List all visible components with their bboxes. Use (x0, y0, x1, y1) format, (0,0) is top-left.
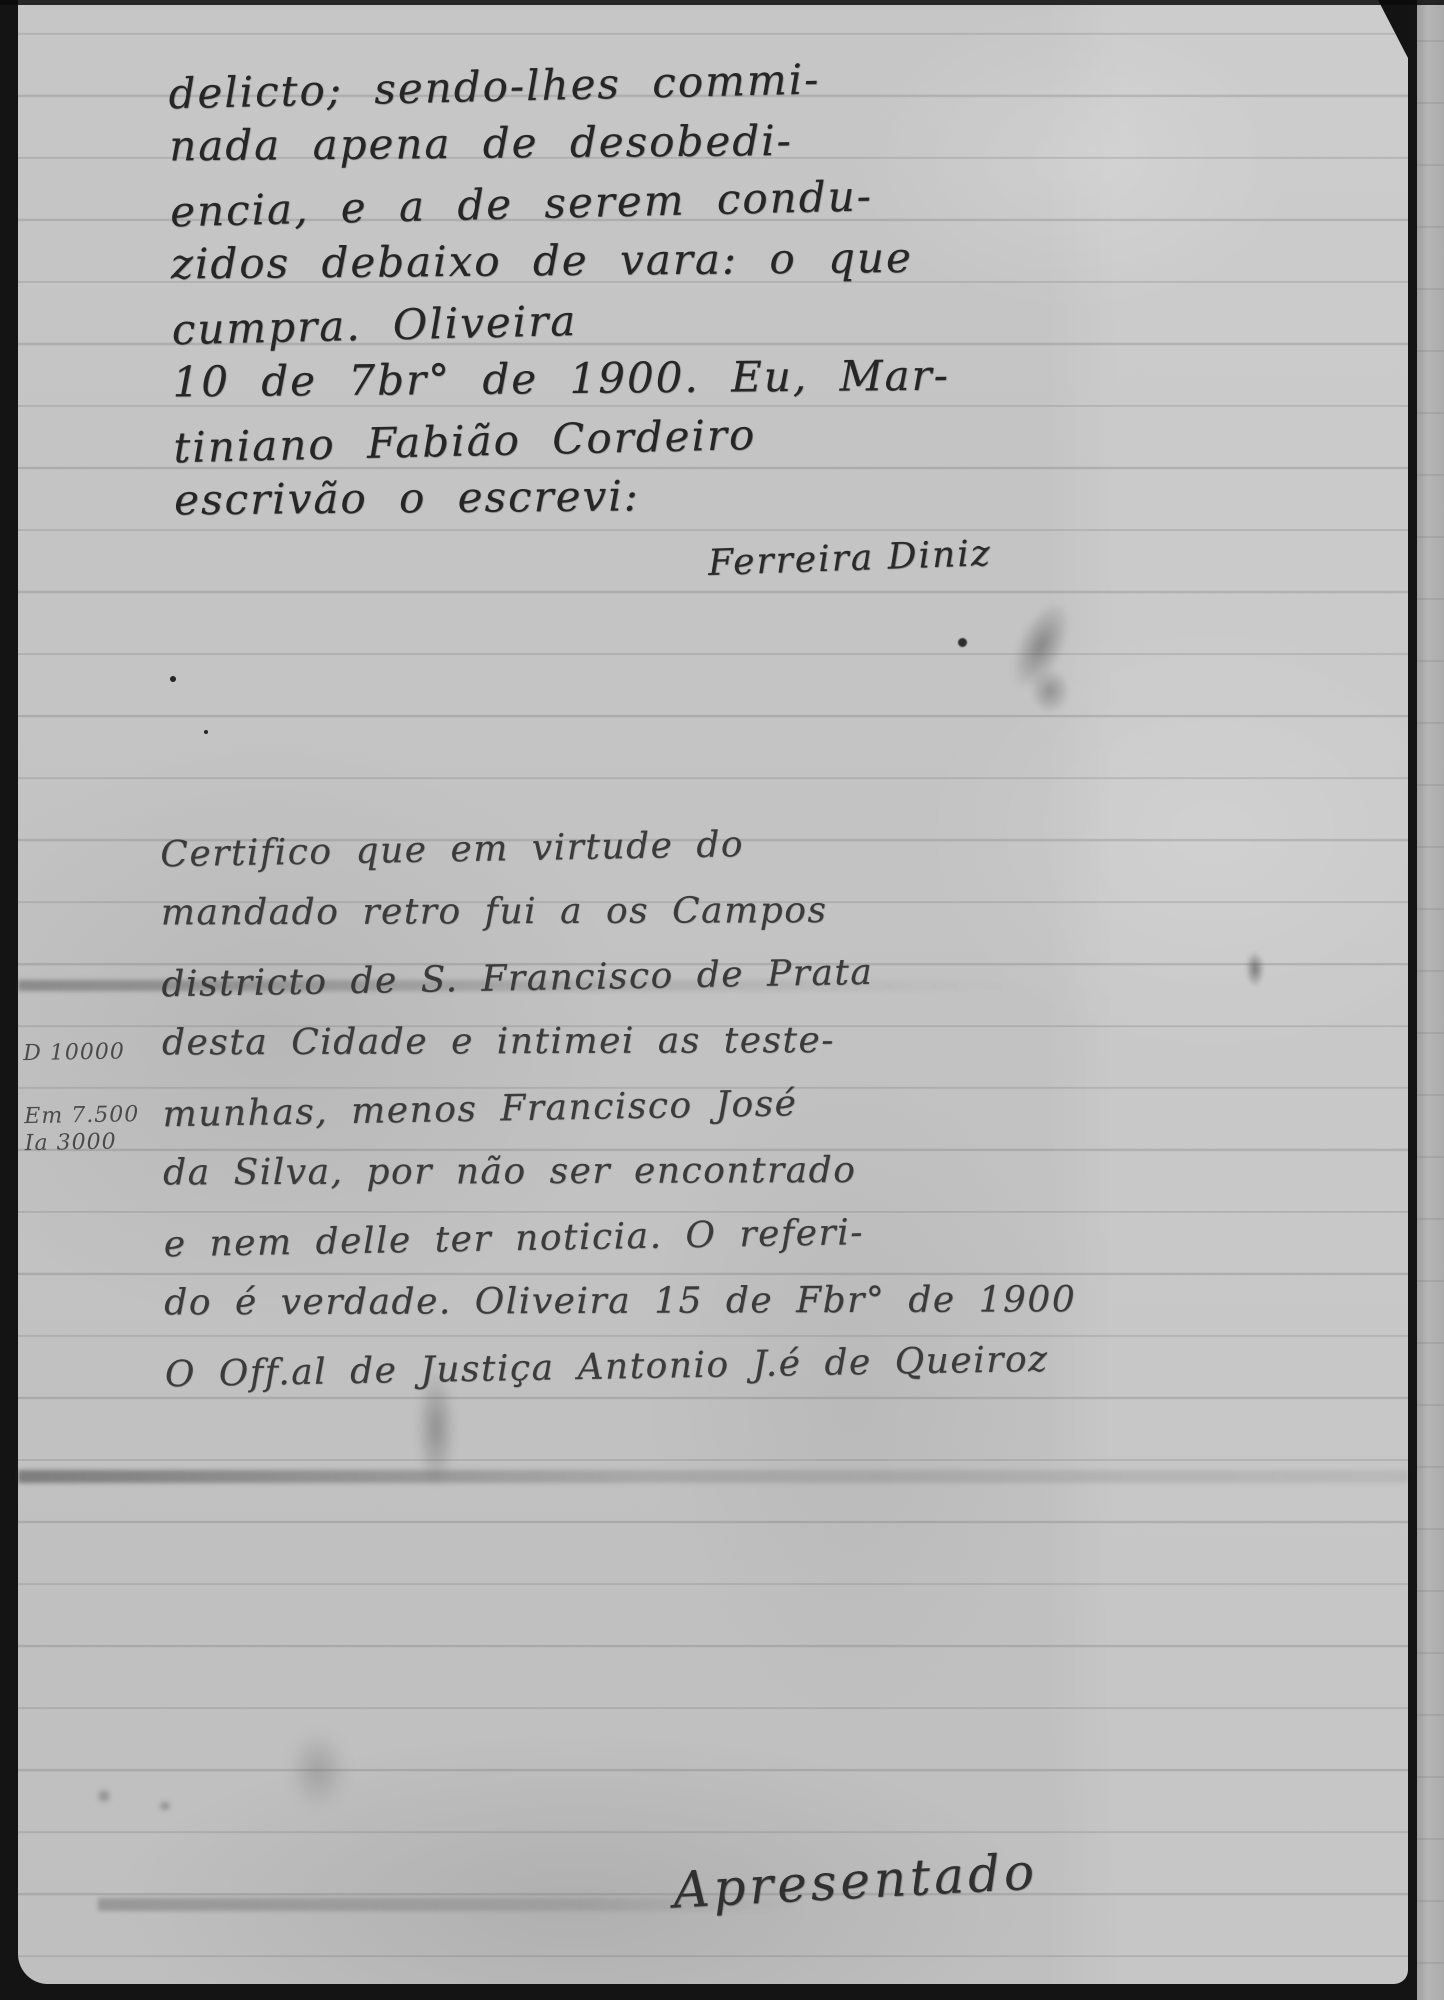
manuscript-line: Certifico que em virtude do (160, 805, 1151, 887)
ink-stain (158, 1800, 172, 1812)
ink-stain (288, 1730, 348, 1810)
margin-note: D 10000 (23, 1039, 153, 1066)
manuscript-line: do é verdade. Oliveira 15 de Fbr° de 190… (164, 1267, 1154, 1335)
manuscript-line: munhas, menos Francisco José (162, 1065, 1153, 1147)
ink-stain (958, 638, 967, 647)
margin-notes: D 10000Em 7.500Ia 3000 (23, 1039, 155, 1156)
paper-crease (18, 1470, 1408, 1483)
manuscript-line: e nem delle ter noticia. O referi- (163, 1195, 1154, 1277)
manuscript-line: desta Cidade e intimei as teste- (162, 1007, 1152, 1075)
bottom-annotation: Apresentado (672, 1842, 1040, 1919)
margin-note: Em 7.500 (24, 1102, 154, 1129)
scribe-signature: Ferreira Diniz (707, 533, 992, 584)
ink-dot (204, 730, 208, 734)
ink-stain (1030, 668, 1070, 714)
manuscript-page: delicto; sendo-lhes commi-nada apena de … (18, 0, 1408, 1984)
scan-top-edge (0, 0, 1444, 5)
manuscript-line: mandado retro fui a os Campos (161, 877, 1151, 945)
ink-stain (1246, 952, 1264, 986)
page-fold-corner (1378, 0, 1408, 58)
paragraph-certificate: Certifico que em virtude domandado retro… (160, 809, 1155, 1403)
ink-stain (96, 1788, 112, 1804)
manuscript-line: da Silva, por não ser encontrado (163, 1137, 1153, 1205)
ruled-lines (1417, 0, 1444, 2000)
ink-stain (1000, 593, 1082, 699)
document-scan: delicto; sendo-lhes commi-nada apena de … (0, 0, 1444, 2000)
ink-dot (170, 676, 176, 682)
manuscript-line: escrivão o escrevi: (174, 462, 1154, 530)
adjacent-page-edge (1417, 0, 1444, 2000)
paragraph-closing: delicto; sendo-lhes commi-nada apena de … (168, 46, 1154, 532)
margin-note: Ia 3000 (25, 1129, 155, 1156)
manuscript-line: districto de S. Francisco de Prata (161, 935, 1152, 1017)
manuscript-line: O Off.al de Justiça Antonio J.é de Queir… (164, 1325, 1155, 1407)
